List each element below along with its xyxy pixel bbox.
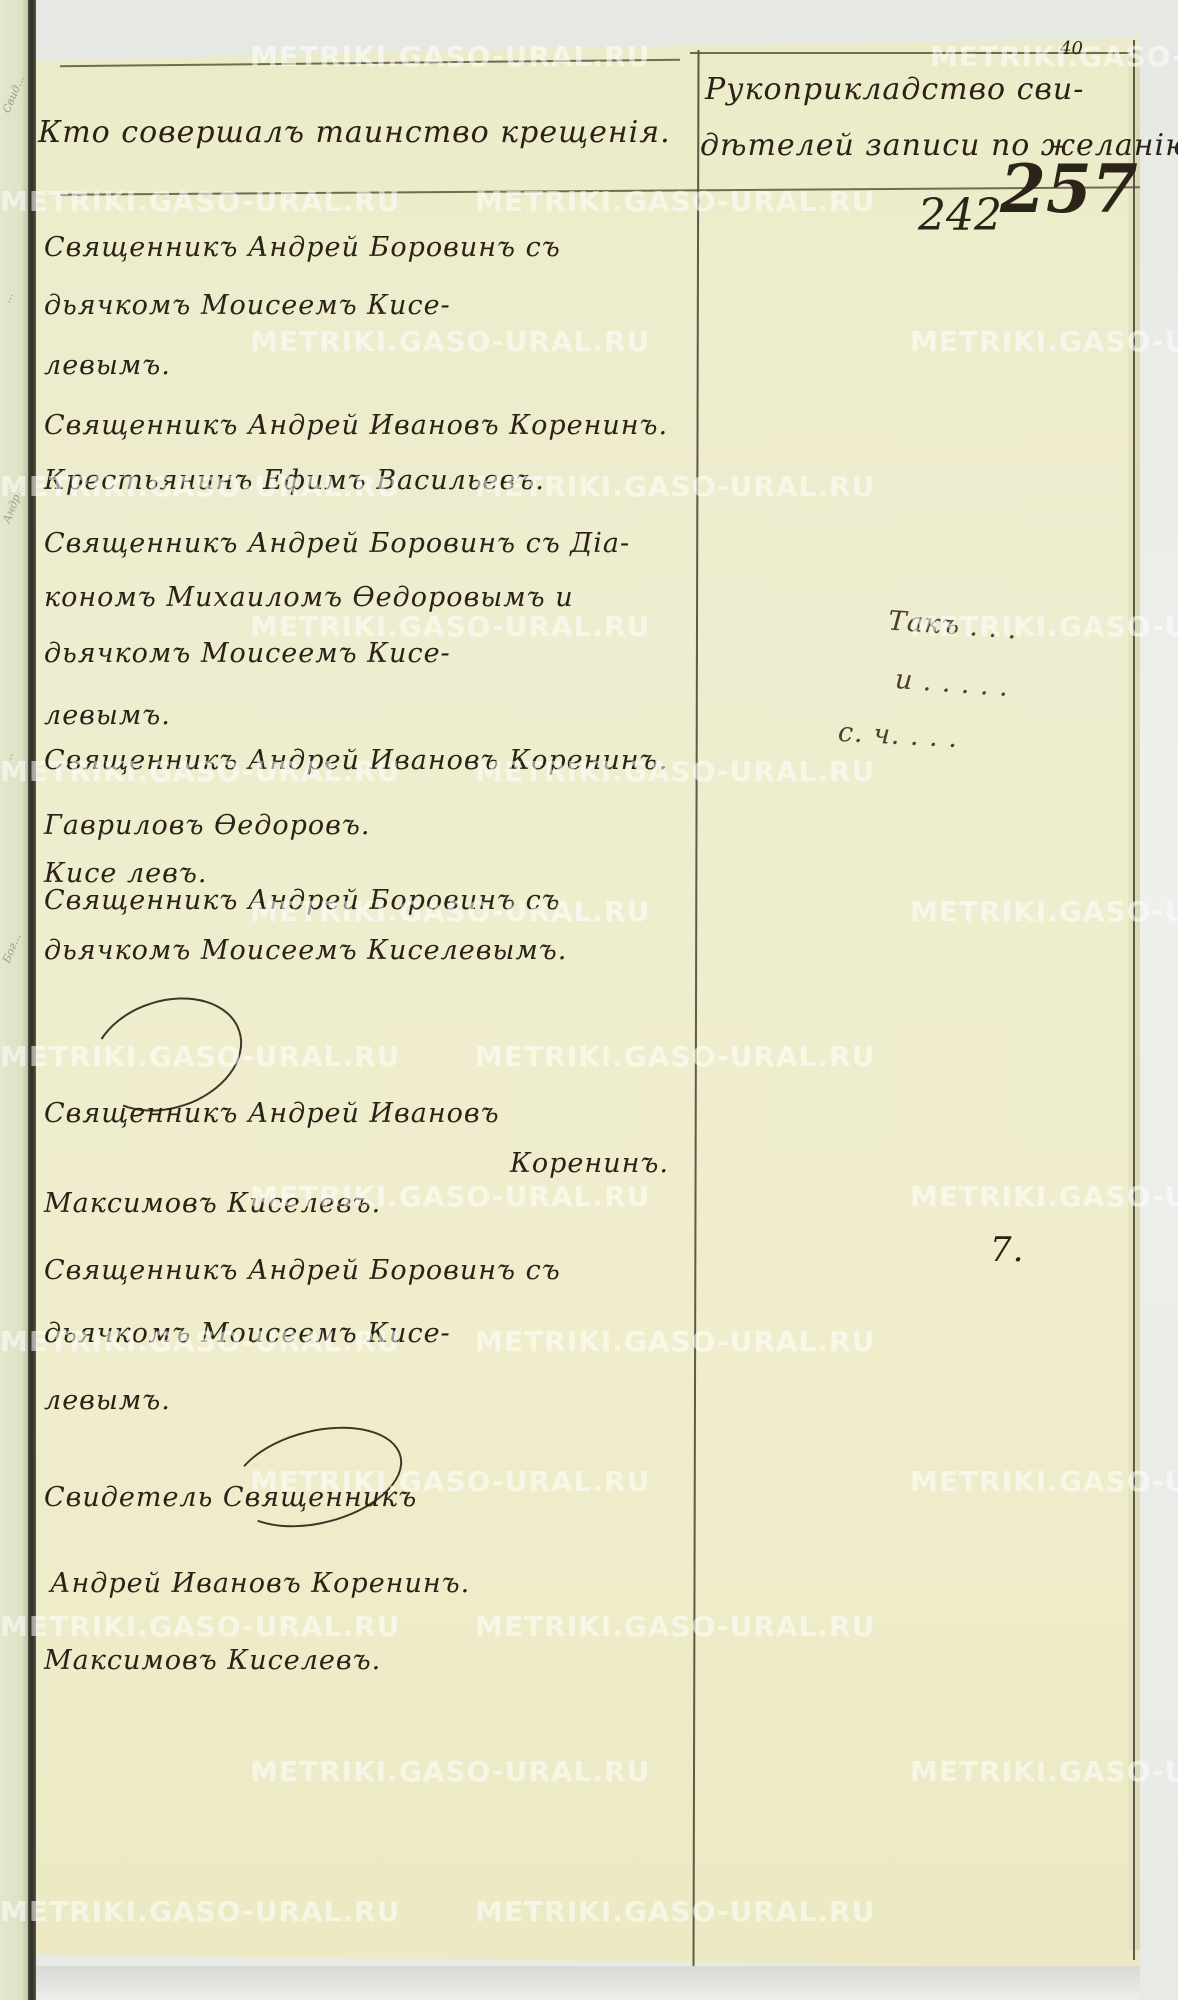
margin-note: ... [0, 268, 25, 304]
entry-2-line-2: кономъ Михаиломъ Ѳедоровымъ и [44, 582, 574, 613]
book-spine [28, 0, 36, 2000]
entry-1-line-3: левымъ. [44, 350, 171, 381]
entry-4-signature-2: Андрей Ивановъ Коренинъ. [50, 1568, 470, 1599]
faded-note-line-3: с. ч. . . . [837, 717, 959, 754]
entry-1-line-1: Священникъ Андрей Боровинъ съ [44, 232, 561, 263]
entry-3-signature-2: Коренинъ. [510, 1148, 669, 1179]
entry-4-line-1: Священникъ Андрей Боровинъ съ [44, 1255, 561, 1286]
margin-note: Андр... [0, 488, 25, 524]
margin-note: Свид... [0, 78, 25, 114]
entry-2-signature-2: Гавриловъ Ѳедоровъ. [44, 810, 370, 841]
entry-1-signature-2: Крестьянинъ Ефимъ Васильевъ. [44, 465, 545, 496]
left-column-header: Кто совершалъ таинство крещенія. [38, 115, 671, 150]
right-column-header-line1: Рукоприкладство сви- [705, 72, 1084, 107]
entry-4-signature-3: Максимовъ Киселевъ. [44, 1645, 381, 1676]
entry-4-line-2: дьячкомъ Моисеемъ Кисе- [44, 1318, 451, 1349]
right-column-mark: 7. [990, 1230, 1024, 1270]
scan-bottom-margin [36, 1966, 1140, 2000]
folio-number-old: 242 [918, 190, 1002, 241]
entry-2-line-4: левымъ. [44, 700, 171, 731]
entry-3-line-2: дьячкомъ Моисеемъ Киселевымъ. [44, 935, 567, 966]
entry-1-signature-1: Священникъ Андрей Ивановъ Коренинъ. [44, 410, 668, 441]
entry-2-line-1: Священникъ Андрей Боровинъ съ Діа- [44, 528, 630, 559]
entry-3-line-1: Священникъ Андрей Боровинъ съ [44, 885, 561, 916]
entry-3-signature-1: Священникъ Андрей Ивановъ [44, 1098, 500, 1129]
entry-3-signature-3: Максимовъ Киселевъ. [44, 1188, 381, 1219]
folio-number-new: 257 [1000, 150, 1138, 228]
page-number: 40 [1060, 38, 1083, 59]
entry-2-line-3: дьячкомъ Моисеемъ Кисе- [44, 638, 451, 669]
margin-note: ... [0, 728, 25, 764]
entry-4-signature-1: Свидетель Священникъ [44, 1482, 417, 1513]
entry-2-signature-1: Священникъ Андрей Ивановъ Коренинъ. [44, 745, 668, 776]
margin-note: Бог... [0, 928, 25, 964]
adjacent-page-edge: Свид... ... Андр... ... Бог... [0, 0, 30, 2000]
right-margin-rule [1133, 40, 1135, 1960]
entry-1-line-2: дьячкомъ Моисеемъ Кисе- [44, 290, 451, 321]
entry-4-line-3: левымъ. [44, 1385, 171, 1416]
